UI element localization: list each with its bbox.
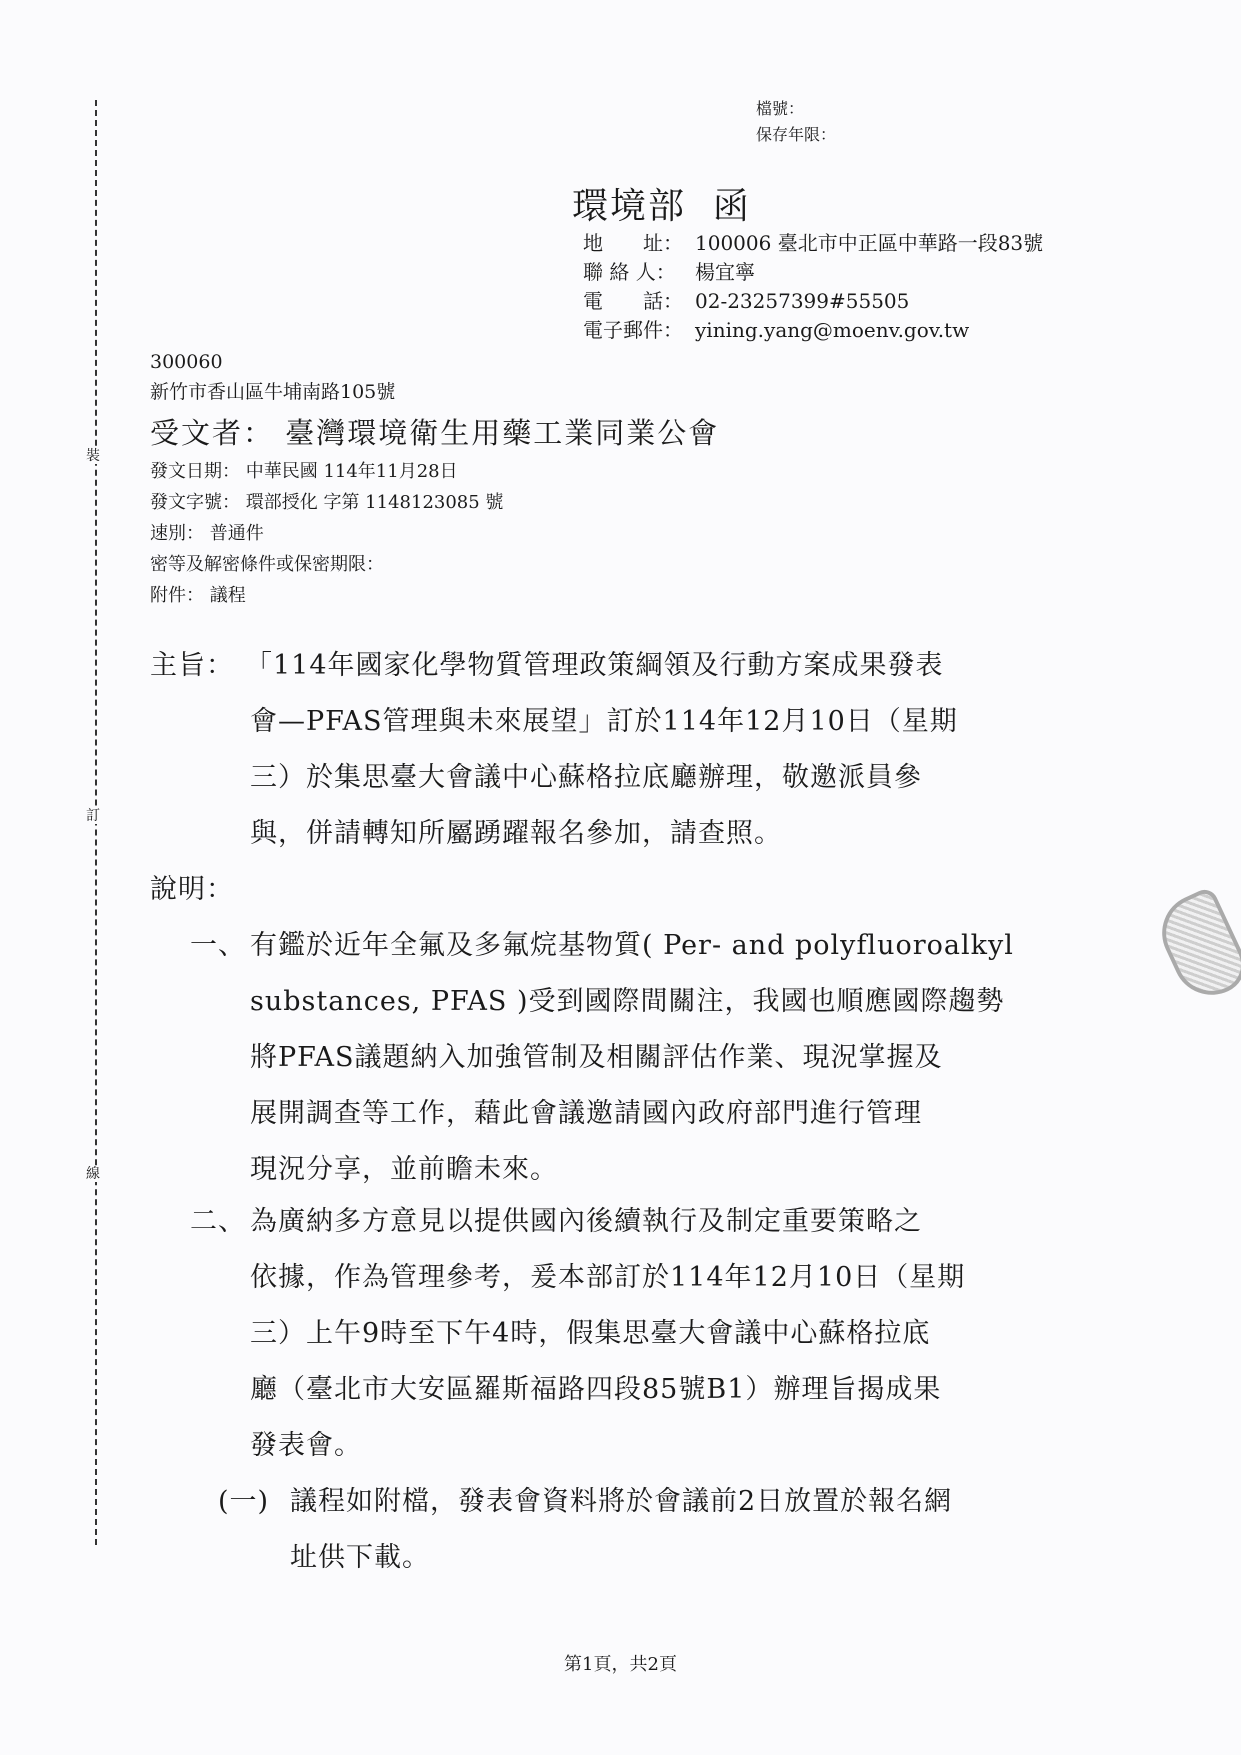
- binding-mark-ding: 訂: [86, 808, 100, 824]
- item-line: 展開調查等工作，藉此會議邀請國內政府部門進行管理: [250, 1086, 922, 1142]
- issue-date: 發文日期： 中華民國 114年11月28日: [150, 456, 458, 487]
- explanation-label: 說明：: [150, 862, 234, 918]
- binding-mark-zhuang: 裝: [86, 448, 100, 464]
- subject-line: 「114年國家化學物質管理政策綱領及行動方案成果發表: [245, 638, 944, 694]
- item-line: 現況分享，並前瞻未來。: [250, 1142, 558, 1198]
- sub-item-line: 議程如附檔，發表會資料將於會議前2日放置於報名網: [290, 1474, 952, 1530]
- document-number: 發文字號： 環部授化 字第 1148123085 號: [150, 487, 503, 518]
- urgency: 速別： 普通件: [150, 518, 264, 549]
- item-line: substances, PFAS )受到國際間關注，我國也順應國際趨勢: [250, 974, 1005, 1030]
- contact-phone: 電 話：02-23257399#55505: [583, 287, 909, 316]
- document-type: 函: [713, 186, 751, 227]
- item-marker: 一、: [190, 918, 246, 974]
- item-line: 發表會。: [250, 1418, 362, 1474]
- document-title: 環境部 函: [572, 178, 751, 229]
- subject-line: 會—PFAS管理與未來展望」訂於114年12月10日（星期: [250, 694, 958, 750]
- agency-name: 環境部: [572, 186, 686, 227]
- subject-line: 與，併請轉知所屬踴躍報名參加，請查照。: [250, 806, 782, 862]
- item-line: 依據，作為管理參考，爰本部訂於114年12月10日（星期: [250, 1250, 965, 1306]
- recipient: 受文者： 臺灣環境衛生用藥工業同業公會: [150, 411, 719, 452]
- classification: 密等及解密條件或保密期限：: [150, 549, 384, 580]
- item-line: 將PFAS議題納入加強管制及相關評估作業、現況掌握及: [250, 1030, 943, 1086]
- item-line: 廳（臺北市大安區羅斯福路四段85號B1）辦理旨揭成果: [250, 1362, 941, 1418]
- item-line: 三）上午9時至下午4時，假集思臺大會議中心蘇格拉底: [250, 1306, 930, 1362]
- attachment[interactable]: 附件： 議程: [150, 580, 246, 611]
- official-seal-stamp: [1149, 885, 1241, 1007]
- item-marker: 二、: [190, 1194, 246, 1250]
- retention-label: 保存年限：: [756, 122, 836, 148]
- page-indicator: 第1頁，共2頁: [0, 1650, 1241, 1676]
- subject-label: 主旨：: [150, 638, 234, 694]
- item-line: 為廣納多方意見以提供國內後續執行及制定重要策略之: [250, 1194, 922, 1250]
- contact-address: 地 址：100006 臺北市中正區中華路一段83號: [583, 229, 1043, 258]
- sub-item-marker: (一): [218, 1474, 269, 1530]
- recipient-name: 臺灣環境衛生用藥工業同業公會: [285, 416, 719, 450]
- subject-line: 三）於集思臺大會議中心蘇格拉底廳辦理，敬邀派員參: [250, 750, 922, 806]
- recipient-postal-code: 300060: [150, 347, 223, 377]
- contact-email[interactable]: 電子郵件：yining.yang@moenv.gov.tw: [583, 316, 969, 345]
- item-line: 有鑑於近年全氟及多氟烷基物質( Per- and polyfluoroalkyl: [250, 918, 1014, 974]
- recipient-address: 新竹市香山區牛埔南路105號: [150, 377, 395, 407]
- binding-mark-xian: 線: [86, 1166, 100, 1182]
- sub-item-line: 址供下載。: [290, 1530, 430, 1586]
- file-number-label: 檔號：: [756, 96, 804, 122]
- contact-person: 聯 絡 人：楊宜寧: [583, 258, 755, 287]
